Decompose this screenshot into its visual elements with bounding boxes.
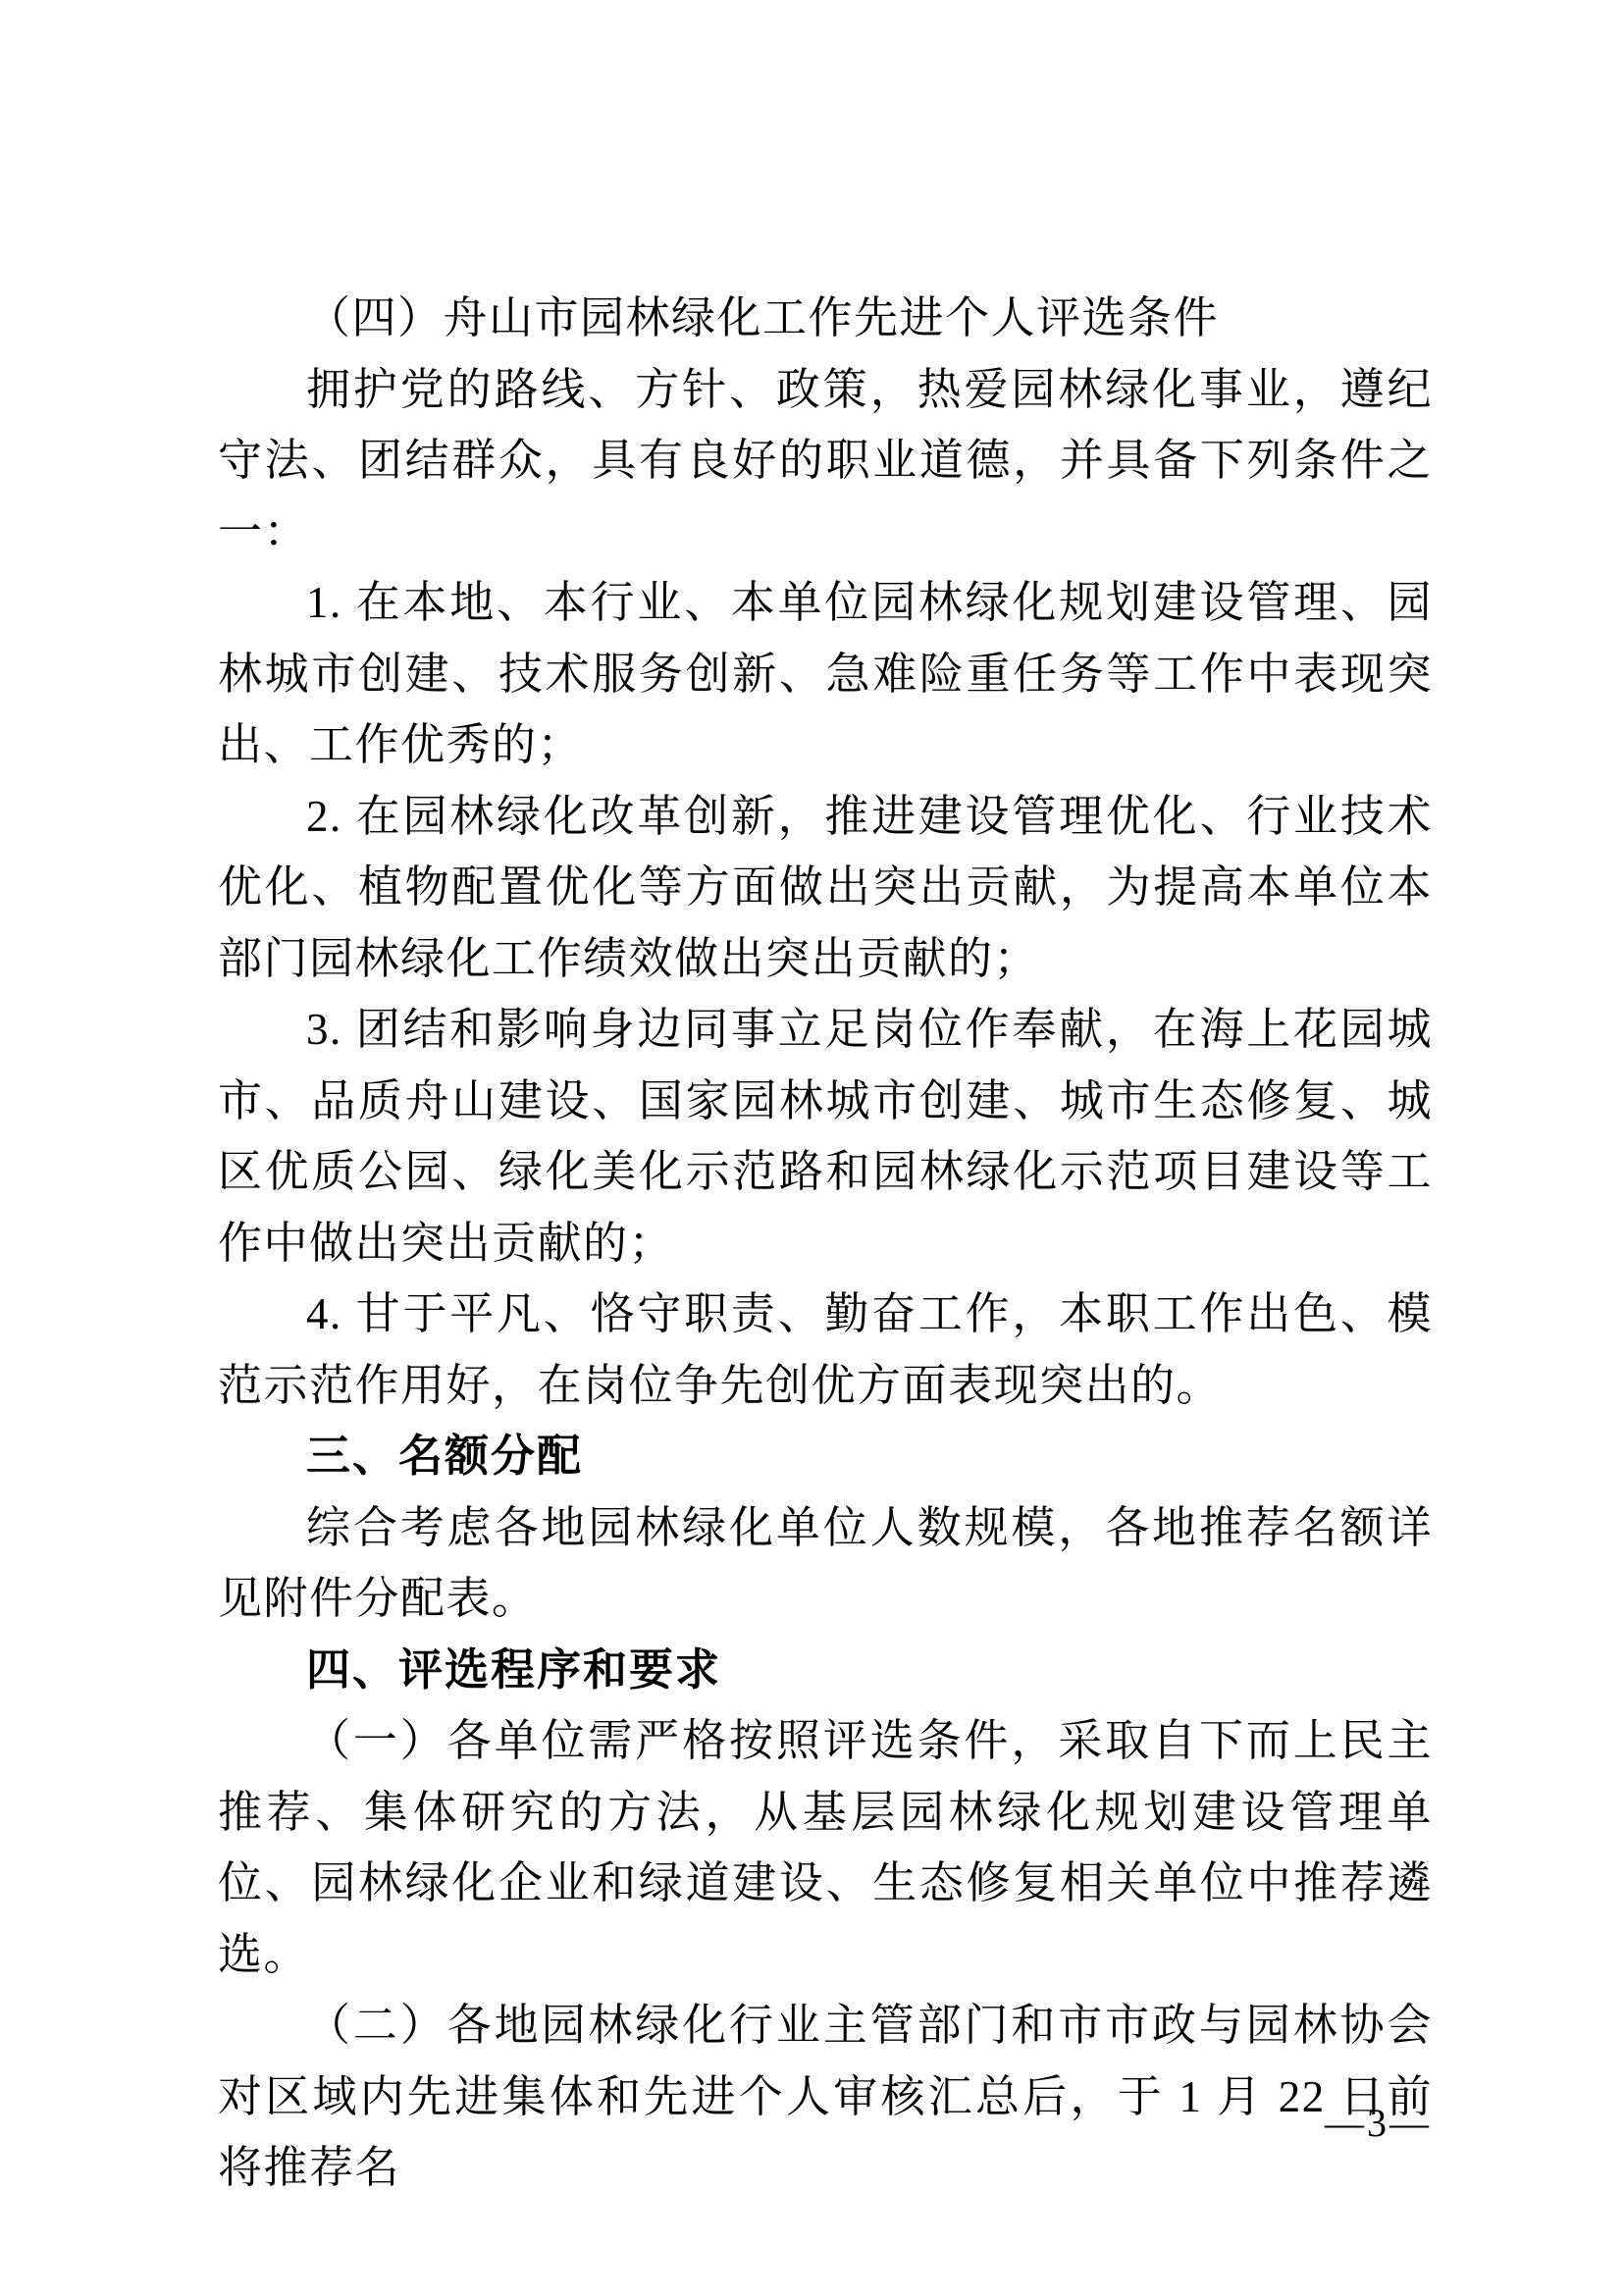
paragraph-item-2: 2. 在园林绿化改革创新，推进建设管理优化、行业技术优化、植物配置优化等方面做出… [218, 781, 1433, 995]
paragraph-section4-title: （四）舟山市园林绿化工作先进个人评选条件 [218, 283, 1433, 354]
page-number: —3— [1325, 2100, 1432, 2146]
paragraph-item-4: 4. 甘于平凡、恪守职责、勤奋工作，本职工作出色、模范示范作用好，在岗位争先创优… [218, 1278, 1433, 1421]
section-heading-3: 三、名额分配 [218, 1421, 1433, 1492]
section-heading-4: 四、评选程序和要求 [218, 1635, 1433, 1706]
paragraph-item-er: （二）各地园林绿化行业主管部门和市市政与园林协会对区域内先进集体和先进个人审核汇… [218, 1990, 1433, 2204]
paragraph-item-1: 1. 在本地、本行业、本单位园林绿化规划建设管理、园林城市创建、技术服务创新、急… [218, 567, 1433, 781]
paragraph: 综合考虑各地园林绿化单位人数规模，各地推荐名额详见附件分配表。 [218, 1492, 1433, 1635]
document-page: （四）舟山市园林绿化工作先进个人评选条件 拥护党的路线、方针、政策，热爱园林绿化… [0, 0, 1624, 2296]
document-body: （四）舟山市园林绿化工作先进个人评选条件 拥护党的路线、方针、政策，热爱园林绿化… [218, 283, 1433, 2204]
paragraph: 拥护党的路线、方针、政策，热爱园林绿化事业，遵纪守法、团结群众，具有良好的职业道… [218, 354, 1433, 568]
paragraph-item-yi: （一）各单位需严格按照评选条件，采取自下而上民主推荐、集体研究的方法，从基层园林… [218, 1705, 1433, 1990]
paragraph-item-3: 3. 团结和影响身边同事立足岗位作奉献，在海上花园城市、品质舟山建设、国家园林城… [218, 994, 1433, 1278]
